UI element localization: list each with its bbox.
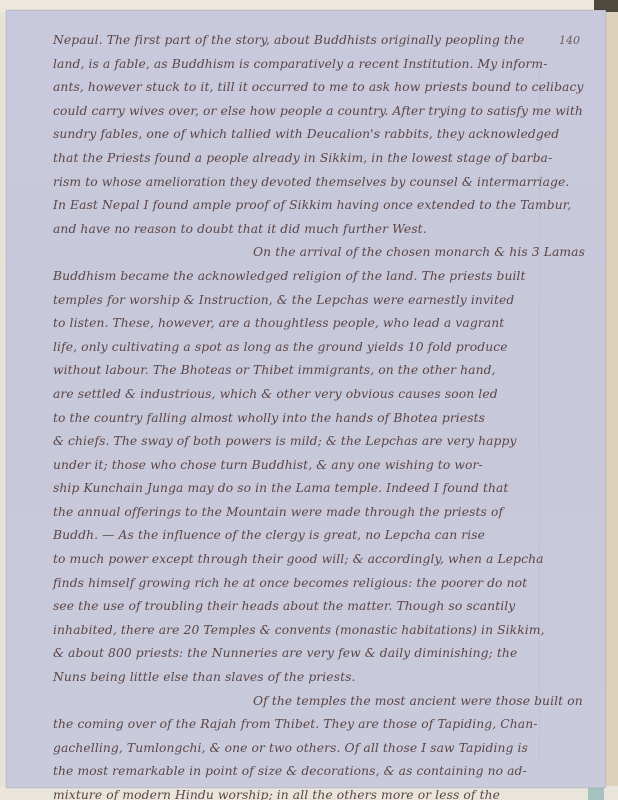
text-line: & about 800 priests: the Nunneries are v…: [53, 642, 593, 666]
text-line: ship Kunchain Junga may do so in the Lam…: [53, 477, 593, 501]
text-line: the coming over of the Rajah from Thibet…: [53, 713, 593, 737]
text-line: that the Priests found a people already …: [53, 147, 593, 171]
text-line: under it; those who chose turn Buddhist,…: [53, 454, 593, 478]
manuscript-page: 140 Nepaul. The first part of the story,…: [6, 10, 606, 788]
text-line: to listen. These, however, are a thought…: [53, 312, 593, 336]
paragraph-start-line: On the arrival of the chosen monarch & h…: [53, 241, 593, 265]
text-line: could carry wives over, or else how peop…: [53, 100, 593, 124]
text-line: sundry fables, one of which tallied with…: [53, 123, 593, 147]
text-line: Buddhism became the acknowledged religio…: [53, 265, 593, 289]
text-line: Buddh. — As the influence of the clergy …: [53, 524, 593, 548]
text-line: gachelling, Tumlongchi, & one or two oth…: [53, 737, 593, 761]
manuscript-text: Nepaul. The first part of the story, abo…: [53, 29, 593, 800]
text-line: finds himself growing rich he at once be…: [53, 572, 593, 596]
text-line: to much power except through their good …: [53, 548, 593, 572]
text-line: inhabited, there are 20 Temples & conven…: [53, 619, 593, 643]
text-line: life, only cultivating a spot as long as…: [53, 336, 593, 360]
text-line: & chiefs. The sway of both powers is mil…: [53, 430, 593, 454]
text-line: the annual offerings to the Mountain wer…: [53, 501, 593, 525]
text-line: mixture of modern Hindu worship; in all …: [53, 784, 593, 800]
text-line: rism to whose amelioration they devoted …: [53, 171, 593, 195]
text-line: to the country falling almost wholly int…: [53, 407, 593, 431]
text-line: and have no reason to doubt that it did …: [53, 218, 593, 242]
text-line: Nepaul. The first part of the story, abo…: [53, 29, 593, 53]
text-line: Nuns being little else than slaves of th…: [53, 666, 593, 690]
text-line: the most remarkable in point of size & d…: [53, 760, 593, 784]
text-line: are settled & industrious, which & other…: [53, 383, 593, 407]
paragraph-start-line: Of the temples the most ancient were tho…: [53, 690, 593, 714]
text-line: without labour. The Bhoteas or Thibet im…: [53, 359, 593, 383]
text-line: see the use of troubling their heads abo…: [53, 595, 593, 619]
text-line: land, is a fable, as Buddhism is compara…: [53, 53, 593, 77]
scan-right-margin: [604, 12, 618, 800]
text-line: In East Nepal I found ample proof of Sik…: [53, 194, 593, 218]
text-line: ants, however stuck to it, till it occur…: [53, 76, 593, 100]
text-line: temples for worship & Instruction, & the…: [53, 289, 593, 313]
